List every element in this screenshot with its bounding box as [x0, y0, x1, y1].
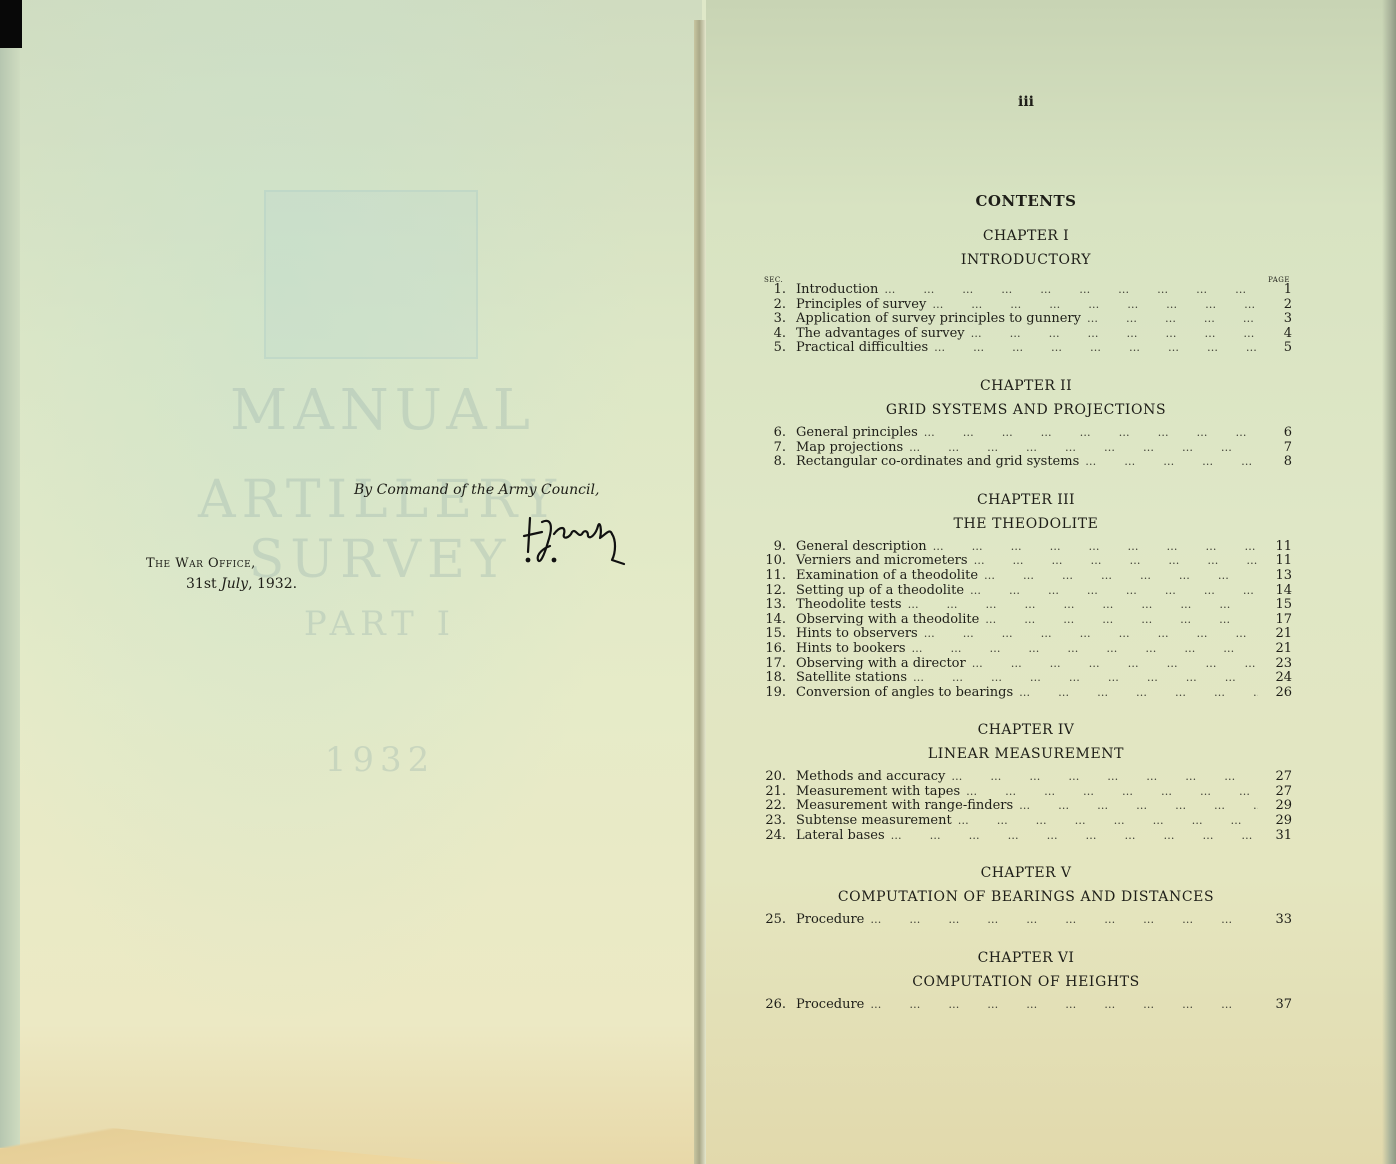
show-through-year: 1932: [310, 740, 450, 780]
section-title: Verniers and micrometers: [796, 554, 968, 569]
section-title: Theodolite tests: [796, 598, 902, 613]
toc-entry[interactable]: 15. Hints to observers 21: [760, 627, 1292, 642]
toc-entry[interactable]: 5. Practical difficulties 5: [760, 341, 1292, 356]
toc-entry[interactable]: 10. Verniers and micrometers 11: [760, 554, 1292, 569]
toc-entry[interactable]: 4. The advantages of survey 4: [760, 327, 1292, 342]
toc-entry[interactable]: 3. Application of survey principles to g…: [760, 312, 1292, 327]
dot-leader: [912, 642, 1258, 657]
section-number: 17.: [760, 657, 786, 672]
contents-heading: CONTENTS: [760, 192, 1292, 210]
chapter: CHAPTER V COMPUTATION OF BEARINGS AND DI…: [760, 865, 1292, 928]
section-number: 13.: [760, 598, 786, 613]
toc-entry[interactable]: 23. Subtense measurement 29: [760, 814, 1292, 829]
toc-entry[interactable]: 12. Setting up of a theodolite 14: [760, 584, 1292, 599]
page-reference: 23: [1264, 657, 1292, 672]
chapter-title: THE THEODOLITE: [760, 516, 1292, 532]
page-edge: [1382, 0, 1396, 1164]
dot-leader: [924, 426, 1258, 441]
section-number: 19.: [760, 686, 786, 701]
dot-leader: [908, 598, 1258, 613]
toc-entry[interactable]: 26. Procedure 37: [760, 998, 1292, 1013]
section-number: 10.: [760, 554, 786, 569]
section-number: 12.: [760, 584, 786, 599]
chapter-title: COMPUTATION OF HEIGHTS: [760, 974, 1292, 990]
toc-entry[interactable]: 14. Observing with a theodolite 17: [760, 613, 1292, 628]
section-title: Conversion of angles to bearings: [796, 686, 1013, 701]
toc-entry[interactable]: 20. Methods and accuracy 27: [760, 770, 1292, 785]
page-reference: 13: [1264, 569, 1292, 584]
dot-leader: [966, 785, 1258, 800]
section-title: Map projections: [796, 441, 903, 456]
section-number: 21.: [760, 785, 786, 800]
royal-crest-show-through: [264, 190, 478, 359]
page-reference: 6: [1264, 426, 1292, 441]
section-title: Methods and accuracy: [796, 770, 945, 785]
date-day: 31st: [186, 576, 217, 592]
entry-list: 25. Procedure 33: [760, 913, 1292, 928]
dot-leader: [913, 671, 1258, 686]
section-number: 5.: [760, 341, 786, 356]
chapter: CHAPTER VI COMPUTATION OF HEIGHTS 26. Pr…: [760, 950, 1292, 1013]
page-reference: 1: [1264, 283, 1292, 298]
dot-leader: [985, 613, 1258, 628]
section-title: Hints to bookers: [796, 642, 906, 657]
section-title: Procedure: [796, 998, 864, 1013]
section-number: 24.: [760, 829, 786, 844]
dot-leader: [984, 569, 1258, 584]
page-reference: 37: [1264, 998, 1292, 1013]
section-title: Procedure: [796, 913, 864, 928]
dot-leader: [970, 584, 1258, 599]
chapter-title: COMPUTATION OF BEARINGS AND DISTANCES: [760, 889, 1292, 905]
page-reference: 29: [1264, 814, 1292, 829]
section-title: Lateral bases: [796, 829, 885, 844]
entry-list: 6. General principles 6 7. Map projectio…: [760, 426, 1292, 470]
section-number: 18.: [760, 671, 786, 686]
toc-entry[interactable]: 6. General principles 6: [760, 426, 1292, 441]
section-title: General description: [796, 540, 927, 555]
chapter: CHAPTER IV LINEAR MEASUREMENT 20. Method…: [760, 722, 1292, 843]
entry-list: 9. General description 11 10. Verniers a…: [760, 540, 1292, 701]
page-reference: 4: [1264, 327, 1292, 342]
chapter-number: CHAPTER IV: [760, 722, 1292, 738]
chapter-title: INTRODUCTORY: [760, 252, 1292, 268]
toc-entry[interactable]: 25. Procedure 33: [760, 913, 1292, 928]
toc-entry[interactable]: 2. Principles of survey 2: [760, 298, 1292, 313]
dot-leader: [1019, 686, 1258, 701]
section-number: 6.: [760, 426, 786, 441]
section-title: General principles: [796, 426, 918, 441]
dot-leader: [884, 283, 1258, 298]
section-title: The advantages of survey: [796, 327, 965, 342]
page-reference: 21: [1264, 627, 1292, 642]
dot-leader: [1019, 799, 1258, 814]
issuer: The War Office,: [146, 556, 256, 571]
section-number: 23.: [760, 814, 786, 829]
page-reference: 5: [1264, 341, 1292, 356]
page-reference: 29: [1264, 799, 1292, 814]
page-reference: 3: [1264, 312, 1292, 327]
chapter: CHAPTER II GRID SYSTEMS AND PROJECTIONS …: [760, 378, 1292, 470]
section-title: Measurement with range-finders: [796, 799, 1013, 814]
dot-leader: [1087, 312, 1258, 327]
dot-leader: [870, 913, 1258, 928]
section-number: 16.: [760, 642, 786, 657]
page-reference: 11: [1264, 540, 1292, 555]
page-reference: 14: [1264, 584, 1292, 599]
issue-date: 31st July, 1932.: [186, 576, 297, 592]
book-gutter: [694, 20, 706, 1164]
chapter-number: CHAPTER V: [760, 865, 1292, 881]
section-title: Measurement with tapes: [796, 785, 960, 800]
page-reference: 31: [1264, 829, 1292, 844]
chapter-number: CHAPTER III: [760, 492, 1292, 508]
dot-leader: [909, 441, 1258, 456]
page-reference: 2: [1264, 298, 1292, 313]
section-number: 1.: [760, 283, 786, 298]
book-spread: MANUAL ARTILLERY SURVEY PART I 1932 By C…: [0, 0, 1396, 1164]
section-number: 14.: [760, 613, 786, 628]
page-reference: 15: [1264, 598, 1292, 613]
page-reference: 24: [1264, 671, 1292, 686]
section-number: 26.: [760, 998, 786, 1013]
signature-icon: [520, 512, 630, 572]
dot-leader: [1085, 455, 1258, 470]
page-reference: 27: [1264, 785, 1292, 800]
page-edge: [0, 48, 20, 1148]
dot-leader: [934, 341, 1258, 356]
command-line: By Command of the Army Council,: [354, 482, 599, 498]
toc-entry[interactable]: 24. Lateral bases 31: [760, 829, 1292, 844]
section-number: 8.: [760, 455, 786, 470]
chapter: CHAPTER I INTRODUCTORY SEC.PAGE 1. Intro…: [760, 228, 1292, 356]
chapter-title: LINEAR MEASUREMENT: [760, 746, 1292, 762]
toc-entry[interactable]: 18. Satellite stations 24: [760, 671, 1292, 686]
dot-leader: [958, 814, 1258, 829]
toc-entry[interactable]: 16. Hints to bookers 21: [760, 642, 1292, 657]
dot-leader: [924, 627, 1258, 642]
chapter-title: GRID SYSTEMS AND PROJECTIONS: [760, 402, 1292, 418]
chapter: CHAPTER III THE THEODOLITE 9. General de…: [760, 492, 1292, 701]
toc-entry[interactable]: 13. Theodolite tests 15: [760, 598, 1292, 613]
page-reference: 8: [1264, 455, 1292, 470]
table-of-contents: CONTENTS CHAPTER I INTRODUCTORY SEC.PAGE…: [760, 192, 1292, 1034]
torn-page-corner: [0, 1104, 470, 1164]
toc-entry[interactable]: 19. Conversion of angles to bearings 26: [760, 686, 1292, 701]
toc-entry[interactable]: 17. Observing with a director 23: [760, 657, 1292, 672]
section-title: Hints to observers: [796, 627, 918, 642]
toc-entry[interactable]: 22. Measurement with range-finders 29: [760, 799, 1292, 814]
section-title: Setting up of a theodolite: [796, 584, 964, 599]
chapter-number: CHAPTER VI: [760, 950, 1292, 966]
dot-leader: [971, 327, 1258, 342]
section-number: 7.: [760, 441, 786, 456]
entry-list: 20. Methods and accuracy 27 21. Measurem…: [760, 770, 1292, 843]
section-title: Examination of a theodolite: [796, 569, 978, 584]
section-number: 15.: [760, 627, 786, 642]
section-number: 22.: [760, 799, 786, 814]
toc-entry[interactable]: 8. Rectangular co-ordinates and grid sys…: [760, 455, 1292, 470]
page-reference: 17: [1264, 613, 1292, 628]
page-number: iii: [1018, 94, 1034, 110]
page-reference: 33: [1264, 913, 1292, 928]
scan-border: [0, 0, 22, 48]
entry-list: 26. Procedure 37: [760, 998, 1292, 1013]
show-through-title: MANUAL: [230, 378, 530, 443]
show-through-part: PART I: [300, 604, 460, 644]
dot-leader: [972, 657, 1258, 672]
section-number: 4.: [760, 327, 786, 342]
section-number: 9.: [760, 540, 786, 555]
page-reference: 21: [1264, 642, 1292, 657]
section-title: Observing with a theodolite: [796, 613, 979, 628]
dot-leader: [933, 540, 1258, 555]
section-title: Observing with a director: [796, 657, 966, 672]
dot-leader: [932, 298, 1258, 313]
section-title: Subtense measurement: [796, 814, 952, 829]
entry-list: SEC.PAGE 1. Introduction 1 2. Principles…: [760, 276, 1292, 356]
dot-leader: [951, 770, 1258, 785]
dot-leader: [891, 829, 1258, 844]
dot-leader: [870, 998, 1258, 1013]
toc-entry[interactable]: 11. Examination of a theodolite 13: [760, 569, 1292, 584]
toc-entry[interactable]: 21. Measurement with tapes 27: [760, 785, 1292, 800]
section-number: 25.: [760, 913, 786, 928]
section-title: Satellite stations: [796, 671, 907, 686]
page-reference: 27: [1264, 770, 1292, 785]
page-reference: 11: [1264, 554, 1292, 569]
section-title: Introduction: [796, 283, 878, 298]
date-month: July: [221, 576, 248, 592]
section-title: Application of survey principles to gunn…: [796, 312, 1081, 327]
section-title: Practical difficulties: [796, 341, 928, 356]
page-reference: 7: [1264, 441, 1292, 456]
page-reference: 26: [1264, 686, 1292, 701]
toc-entry[interactable]: 1. Introduction 1: [760, 283, 1292, 298]
section-number: 2.: [760, 298, 786, 313]
section-title: Principles of survey: [796, 298, 926, 313]
chapter-number: CHAPTER II: [760, 378, 1292, 394]
toc-entry[interactable]: 7. Map projections 7: [760, 441, 1292, 456]
dot-leader: [974, 554, 1258, 569]
chapter-number: CHAPTER I: [760, 228, 1292, 244]
section-number: 20.: [760, 770, 786, 785]
left-page: MANUAL ARTILLERY SURVEY PART I 1932 By C…: [0, 0, 702, 1164]
section-title: Rectangular co-ordinates and grid system…: [796, 455, 1079, 470]
date-year: , 1932.: [248, 576, 297, 592]
toc-entry[interactable]: 9. General description 11: [760, 540, 1292, 555]
chapter-list: CHAPTER I INTRODUCTORY SEC.PAGE 1. Intro…: [760, 228, 1292, 1012]
section-number: 3.: [760, 312, 786, 327]
section-number: 11.: [760, 569, 786, 584]
